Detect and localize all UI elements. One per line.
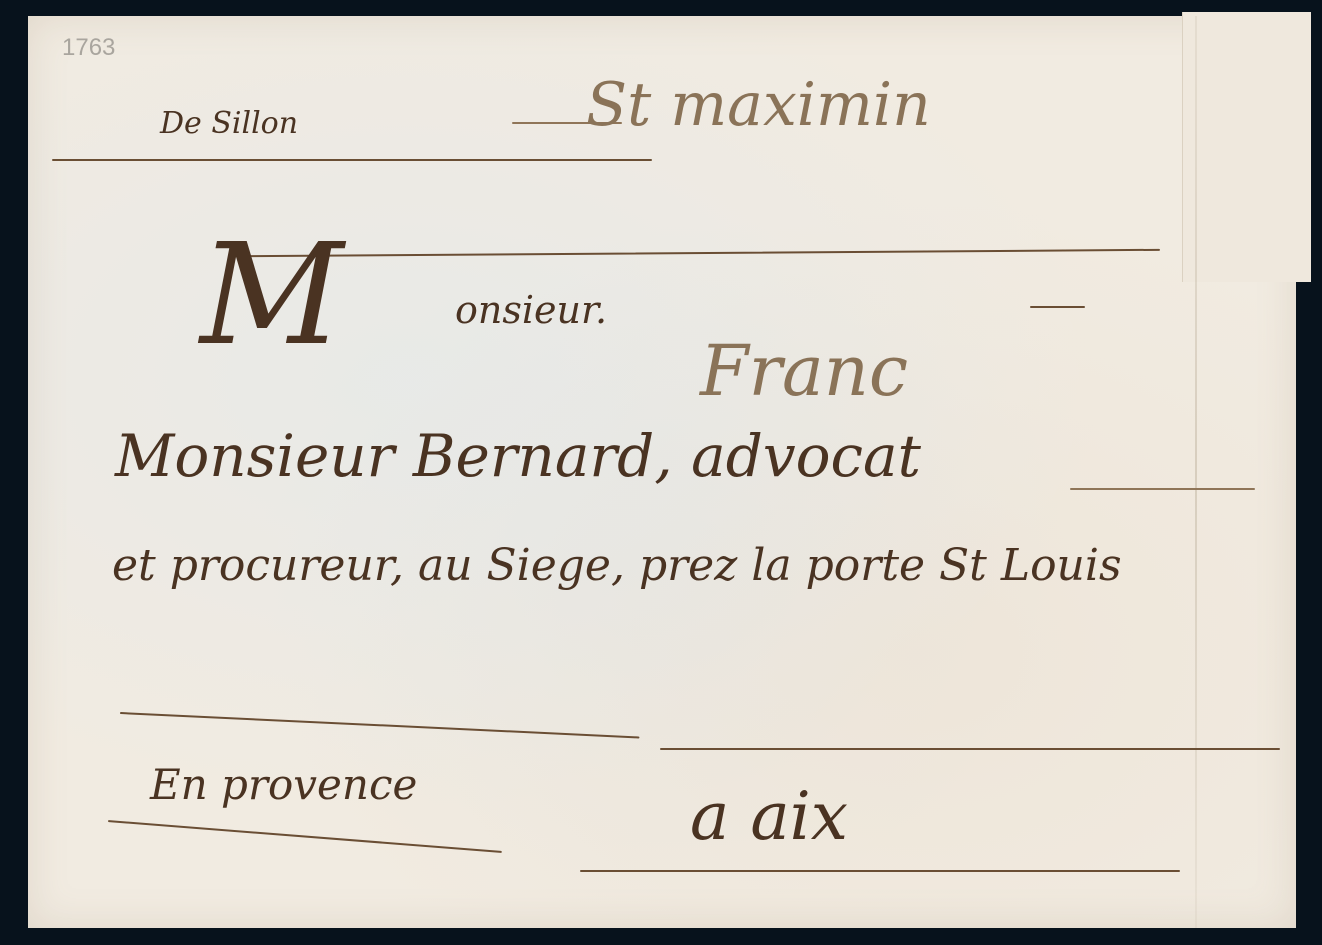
rule-origin (52, 159, 652, 161)
rule-destination-top (660, 748, 1280, 750)
rule-destination-bottom (580, 870, 1180, 872)
fold-crease (1195, 16, 1197, 928)
pencil-date-note: 1763 (62, 34, 115, 62)
rule-address-1 (1070, 488, 1255, 490)
address-line-2: et procureur, au Siege, prez la porte St… (112, 540, 1122, 591)
address-line-1: Monsieur Bernard, advocat (115, 422, 921, 490)
origin-line: De Sillon (160, 106, 298, 141)
rule-dash-salutation (1030, 306, 1085, 308)
letter-flap (1182, 12, 1311, 282)
salutation-flourish: M (200, 226, 343, 366)
postal-marking: St maximin (586, 70, 931, 140)
destination-line: a aix (690, 778, 848, 855)
franchise-note: Franc (700, 330, 908, 412)
salutation-text: onsieur. (455, 288, 607, 332)
region-line: En provence (150, 760, 417, 809)
